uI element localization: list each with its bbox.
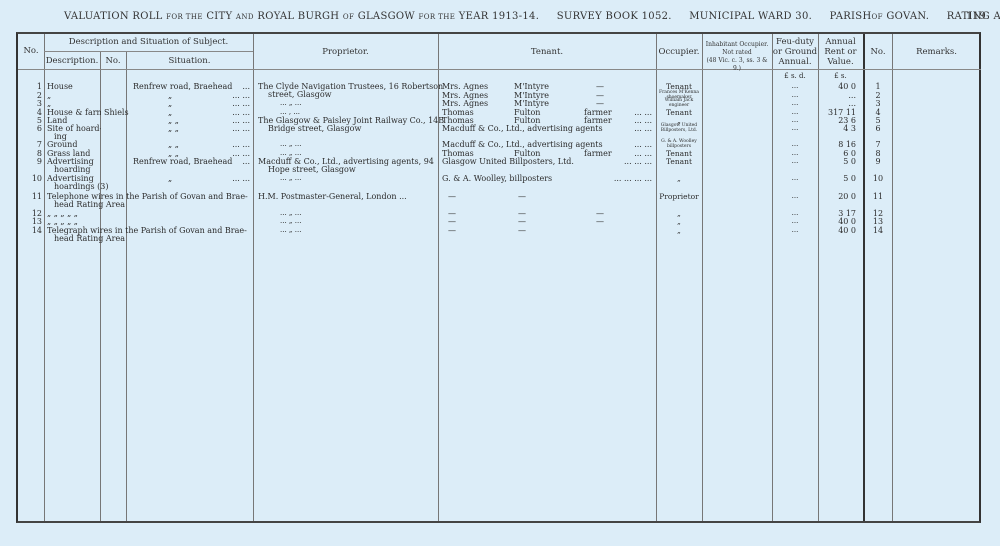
row-occupier: Proprietor (656, 192, 702, 201)
row-proprietor-cont: street, Glasgow (268, 90, 332, 99)
row-tenant-last: M'Intyre (514, 99, 549, 108)
row-situation-dots: ... ... (198, 99, 250, 108)
row-proprietor: ... „ ... (280, 99, 301, 108)
row-number-right: 11 (864, 192, 892, 201)
header-line: (48 Vic. c. 3, ss. 3 & 9.) (702, 57, 772, 73)
header-line: or Ground (772, 47, 818, 57)
header-line: Value. (818, 57, 863, 67)
row-annual-rent: 40 0 (818, 217, 856, 226)
title-text: VALUATION ROLL (64, 11, 163, 22)
header-line: Annual (818, 37, 863, 47)
row-tenant-dots: ... ... (578, 124, 652, 133)
valuation-table: No. Description and Situation of Subject… (16, 32, 981, 523)
header-situation: Situation. (126, 56, 253, 66)
municipal-ward: MUNICIPAL WARD 30. (689, 11, 812, 22)
row-proprietor: ... „ ... (280, 217, 301, 226)
header-annual-rent: Annual Rent or Value. (818, 37, 863, 67)
header-line: Rent or (818, 47, 863, 57)
row-number-right: 13 (864, 217, 892, 226)
row-tenant-first: — (448, 226, 456, 235)
row-description-cont: hoarding (54, 165, 91, 174)
row-feu-duty: ... (772, 99, 818, 108)
page-title: VALUATION ROLL FOR THE CITY AND ROYAL BU… (64, 11, 994, 22)
row-tenant-last: M'Intyre (514, 82, 549, 91)
parish: PARISHOF GOVAN. (830, 11, 933, 22)
title-text: FOR THE (166, 13, 203, 21)
header-desc-situation: Description and Situation of Subject. (44, 37, 253, 47)
row-number: 14 (18, 226, 42, 235)
col-divider (44, 34, 45, 521)
header-description: Description. (44, 56, 100, 66)
row-tenant-occupation: — (596, 99, 604, 108)
header-no: No. (18, 46, 44, 56)
title-text: OF (343, 13, 354, 21)
row-occupier-note: William Jack engineer (658, 98, 700, 108)
header-desc-no: No. (100, 56, 126, 66)
row-feu-duty: ... (772, 82, 818, 91)
header-inhabitant-occupier: Inhabitant Occupier. Not rated (48 Vic. … (702, 41, 772, 73)
row-situation-dots: ... ... (198, 124, 250, 133)
row-description: Ground (47, 140, 77, 149)
row-number-right: 3 (864, 99, 892, 108)
col-divider (100, 52, 101, 521)
title-text: GOVAN. (886, 11, 929, 22)
header-line: Inhabitant Occupier. (702, 41, 772, 49)
row-feu-duty: ... (772, 217, 818, 226)
row-annual-rent: 4 3 (818, 124, 856, 133)
row-proprietor: Bridge street, Glasgow (268, 124, 361, 133)
row-tenant-last: — (518, 226, 526, 235)
row-annual-rent: 8 16 (818, 140, 856, 149)
title-text: ROYAL BURGH (257, 11, 339, 22)
page-number: 119 (966, 11, 986, 22)
row-occupier: „ (656, 226, 702, 235)
row-number-right: 7 (864, 140, 892, 149)
row-occupier-note: G. & A. Woolley billposters (658, 139, 700, 149)
feu-units: £ s. d. (772, 72, 818, 81)
header-line: Not rated (702, 49, 772, 57)
row-number: 3 (18, 99, 42, 108)
header-line: Feu-duty (772, 37, 818, 47)
row-occupier: „ (656, 174, 702, 183)
row-number: 6 (18, 124, 42, 133)
row-description-cont: head Rating Area (54, 234, 125, 243)
row-tenant: Glasgow United Billposters, Ltd. (442, 157, 574, 166)
row-feu-duty: ... (772, 226, 818, 235)
row-situation: „ „ (168, 140, 179, 149)
row-feu-duty: ... (772, 140, 818, 149)
row-number-right: 14 (864, 226, 892, 235)
row-proprietor: ... „ ... (280, 140, 301, 149)
row-situation-dots: ... (198, 157, 250, 166)
title-text: CITY (206, 11, 232, 22)
row-tenant-first: Mrs. Agnes (442, 99, 488, 108)
row-feu-duty: ... (772, 174, 818, 183)
row-feu-duty: ... (772, 157, 818, 166)
title-text: GLASGOW (358, 11, 415, 22)
row-number: 13 (18, 217, 42, 226)
header-occupier: Occupier. (656, 47, 702, 57)
row-annual-rent: 5 0 (818, 174, 856, 183)
row-number-right: 1 (864, 82, 892, 91)
row-tenant-last: — (518, 217, 526, 226)
row-situation: „ (168, 99, 172, 108)
header-feu-duty: Feu-duty or Ground Annual. (772, 37, 818, 67)
row-occupier: Tenant (656, 157, 702, 166)
row-tenant-first: — (448, 217, 456, 226)
rent-units: £ s. (818, 72, 863, 81)
row-annual-rent: 40 0 (818, 226, 856, 235)
row-number: 10 (18, 174, 42, 183)
row-description: „ (47, 99, 51, 108)
header-divider (44, 51, 253, 52)
row-feu-duty: ... (772, 124, 818, 133)
header-remarks: Remarks. (892, 47, 981, 57)
header-tenant: Tenant. (438, 47, 656, 57)
row-situation-dots: ... ... (198, 140, 250, 149)
row-number: 1 (18, 82, 42, 91)
row-proprietor-cont: Hope street, Glasgow (268, 165, 356, 174)
row-description: „ „ „ „ „ (47, 217, 78, 226)
row-occupier-note: Glasgow United Billposters, Ltd. (658, 123, 700, 133)
header-divider (18, 69, 981, 70)
header-no-right: No. (864, 47, 892, 57)
row-tenant-occupation: — (596, 217, 604, 226)
row-situation-dots: ... ... (198, 174, 250, 183)
row-proprietor: H.M. Postmaster-General, London ... (258, 192, 407, 201)
row-proprietor: ... „ ... (280, 174, 301, 183)
row-feu-duty: ... (772, 192, 818, 201)
row-annual-rent: 40 0 (818, 82, 856, 91)
title-text: OF (871, 13, 882, 21)
title-text: PARISH (830, 11, 872, 22)
row-number-right: 10 (864, 174, 892, 183)
header-line: Annual. (772, 57, 818, 67)
row-number: 9 (18, 157, 42, 166)
row-tenant-dots: ... ... ... ... (578, 174, 652, 183)
row-number: 7 (18, 140, 42, 149)
row-tenant-dots: ... ... (578, 140, 652, 149)
col-divider (438, 34, 439, 521)
row-annual-rent: 5 0 (818, 157, 856, 166)
title-text: YEAR 1913-14. (459, 11, 539, 22)
row-occupier: „ (656, 217, 702, 226)
col-divider (702, 34, 703, 521)
row-situation: „ (168, 174, 172, 183)
col-divider (892, 34, 893, 521)
row-situation: „ „ (168, 124, 179, 133)
row-number: 11 (18, 192, 42, 201)
row-annual-rent: ... (818, 99, 856, 108)
row-proprietor: ... „ ... (280, 226, 301, 235)
row-tenant-dots: ... ... ... (578, 157, 652, 166)
row-number-right: 6 (864, 124, 892, 133)
row-tenant-occupation: — (596, 82, 604, 91)
row-number-right: 9 (864, 157, 892, 166)
row-tenant-first: — (448, 192, 456, 201)
row-description-cont: head Rating Area (54, 200, 125, 209)
survey-book: SURVEY BOOK 1052. (557, 11, 672, 22)
title-text: FOR THE (418, 13, 455, 21)
row-tenant-first: Mrs. Agnes (442, 82, 488, 91)
row-tenant: G. & A. Woolley, billposters (442, 174, 552, 183)
row-description: House (47, 82, 73, 91)
row-annual-rent: 20 0 (818, 192, 856, 201)
row-description-cont: hoardings (3) (54, 182, 109, 191)
col-divider (126, 52, 127, 521)
title-text: AND (236, 13, 254, 21)
row-desc-no: Shiels (104, 108, 129, 117)
row-situation-dots: ... (198, 82, 250, 91)
col-divider (253, 34, 254, 521)
header-proprietor: Proprietor. (253, 47, 438, 57)
row-tenant-last: — (518, 192, 526, 201)
